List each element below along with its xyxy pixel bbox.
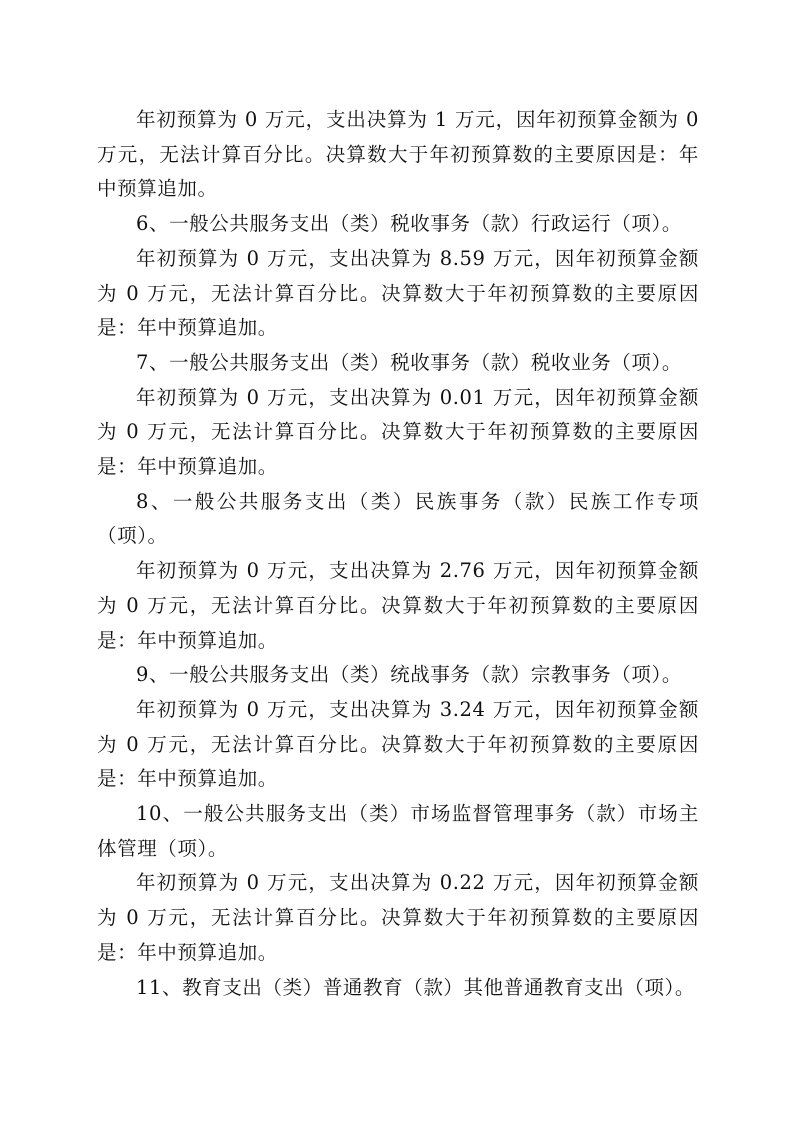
item-heading-9: 9、一般公共服务支出（类）统战事务（款）宗教事务（项）。 [97, 658, 699, 693]
budget-explanation-paragraph: 年初预算为 0 万元，支出决算为 3.24 万元，因年初预算金额为 0 万元，无… [97, 693, 699, 797]
budget-explanation-paragraph: 年初预算为 0 万元，支出决算为 8.59 万元，因年初预算金额为 0 万元，无… [97, 242, 699, 346]
budget-explanation-paragraph: 年初预算为 0 万元，支出决算为 0.01 万元，因年初预算金额为 0 万元，无… [97, 381, 699, 485]
item-heading-7: 7、一般公共服务支出（类）税收事务（款）税收业务（项）。 [97, 346, 699, 381]
item-heading-8: 8、一般公共服务支出（类）民族事务（款）民族工作专项（项）。 [97, 485, 699, 554]
budget-explanation-paragraph: 年初预算为 0 万元，支出决算为 1 万元，因年初预算金额为 0 万元，无法计算… [97, 103, 699, 207]
document-page: 年初预算为 0 万元，支出决算为 1 万元，因年初预算金额为 0 万元，无法计算… [97, 103, 699, 1005]
item-heading-6: 6、一般公共服务支出（类）税收事务（款）行政运行（项）。 [97, 207, 699, 242]
item-heading-10: 10、一般公共服务支出（类）市场监督管理事务（款）市场主体管理（项）。 [97, 797, 699, 866]
budget-explanation-paragraph: 年初预算为 0 万元，支出决算为 0.22 万元，因年初预算金额为 0 万元，无… [97, 866, 699, 970]
budget-explanation-paragraph: 年初预算为 0 万元，支出决算为 2.76 万元，因年初预算金额为 0 万元，无… [97, 554, 699, 658]
item-heading-11: 11、教育支出（类）普通教育（款）其他普通教育支出（项）。 [97, 971, 699, 1006]
